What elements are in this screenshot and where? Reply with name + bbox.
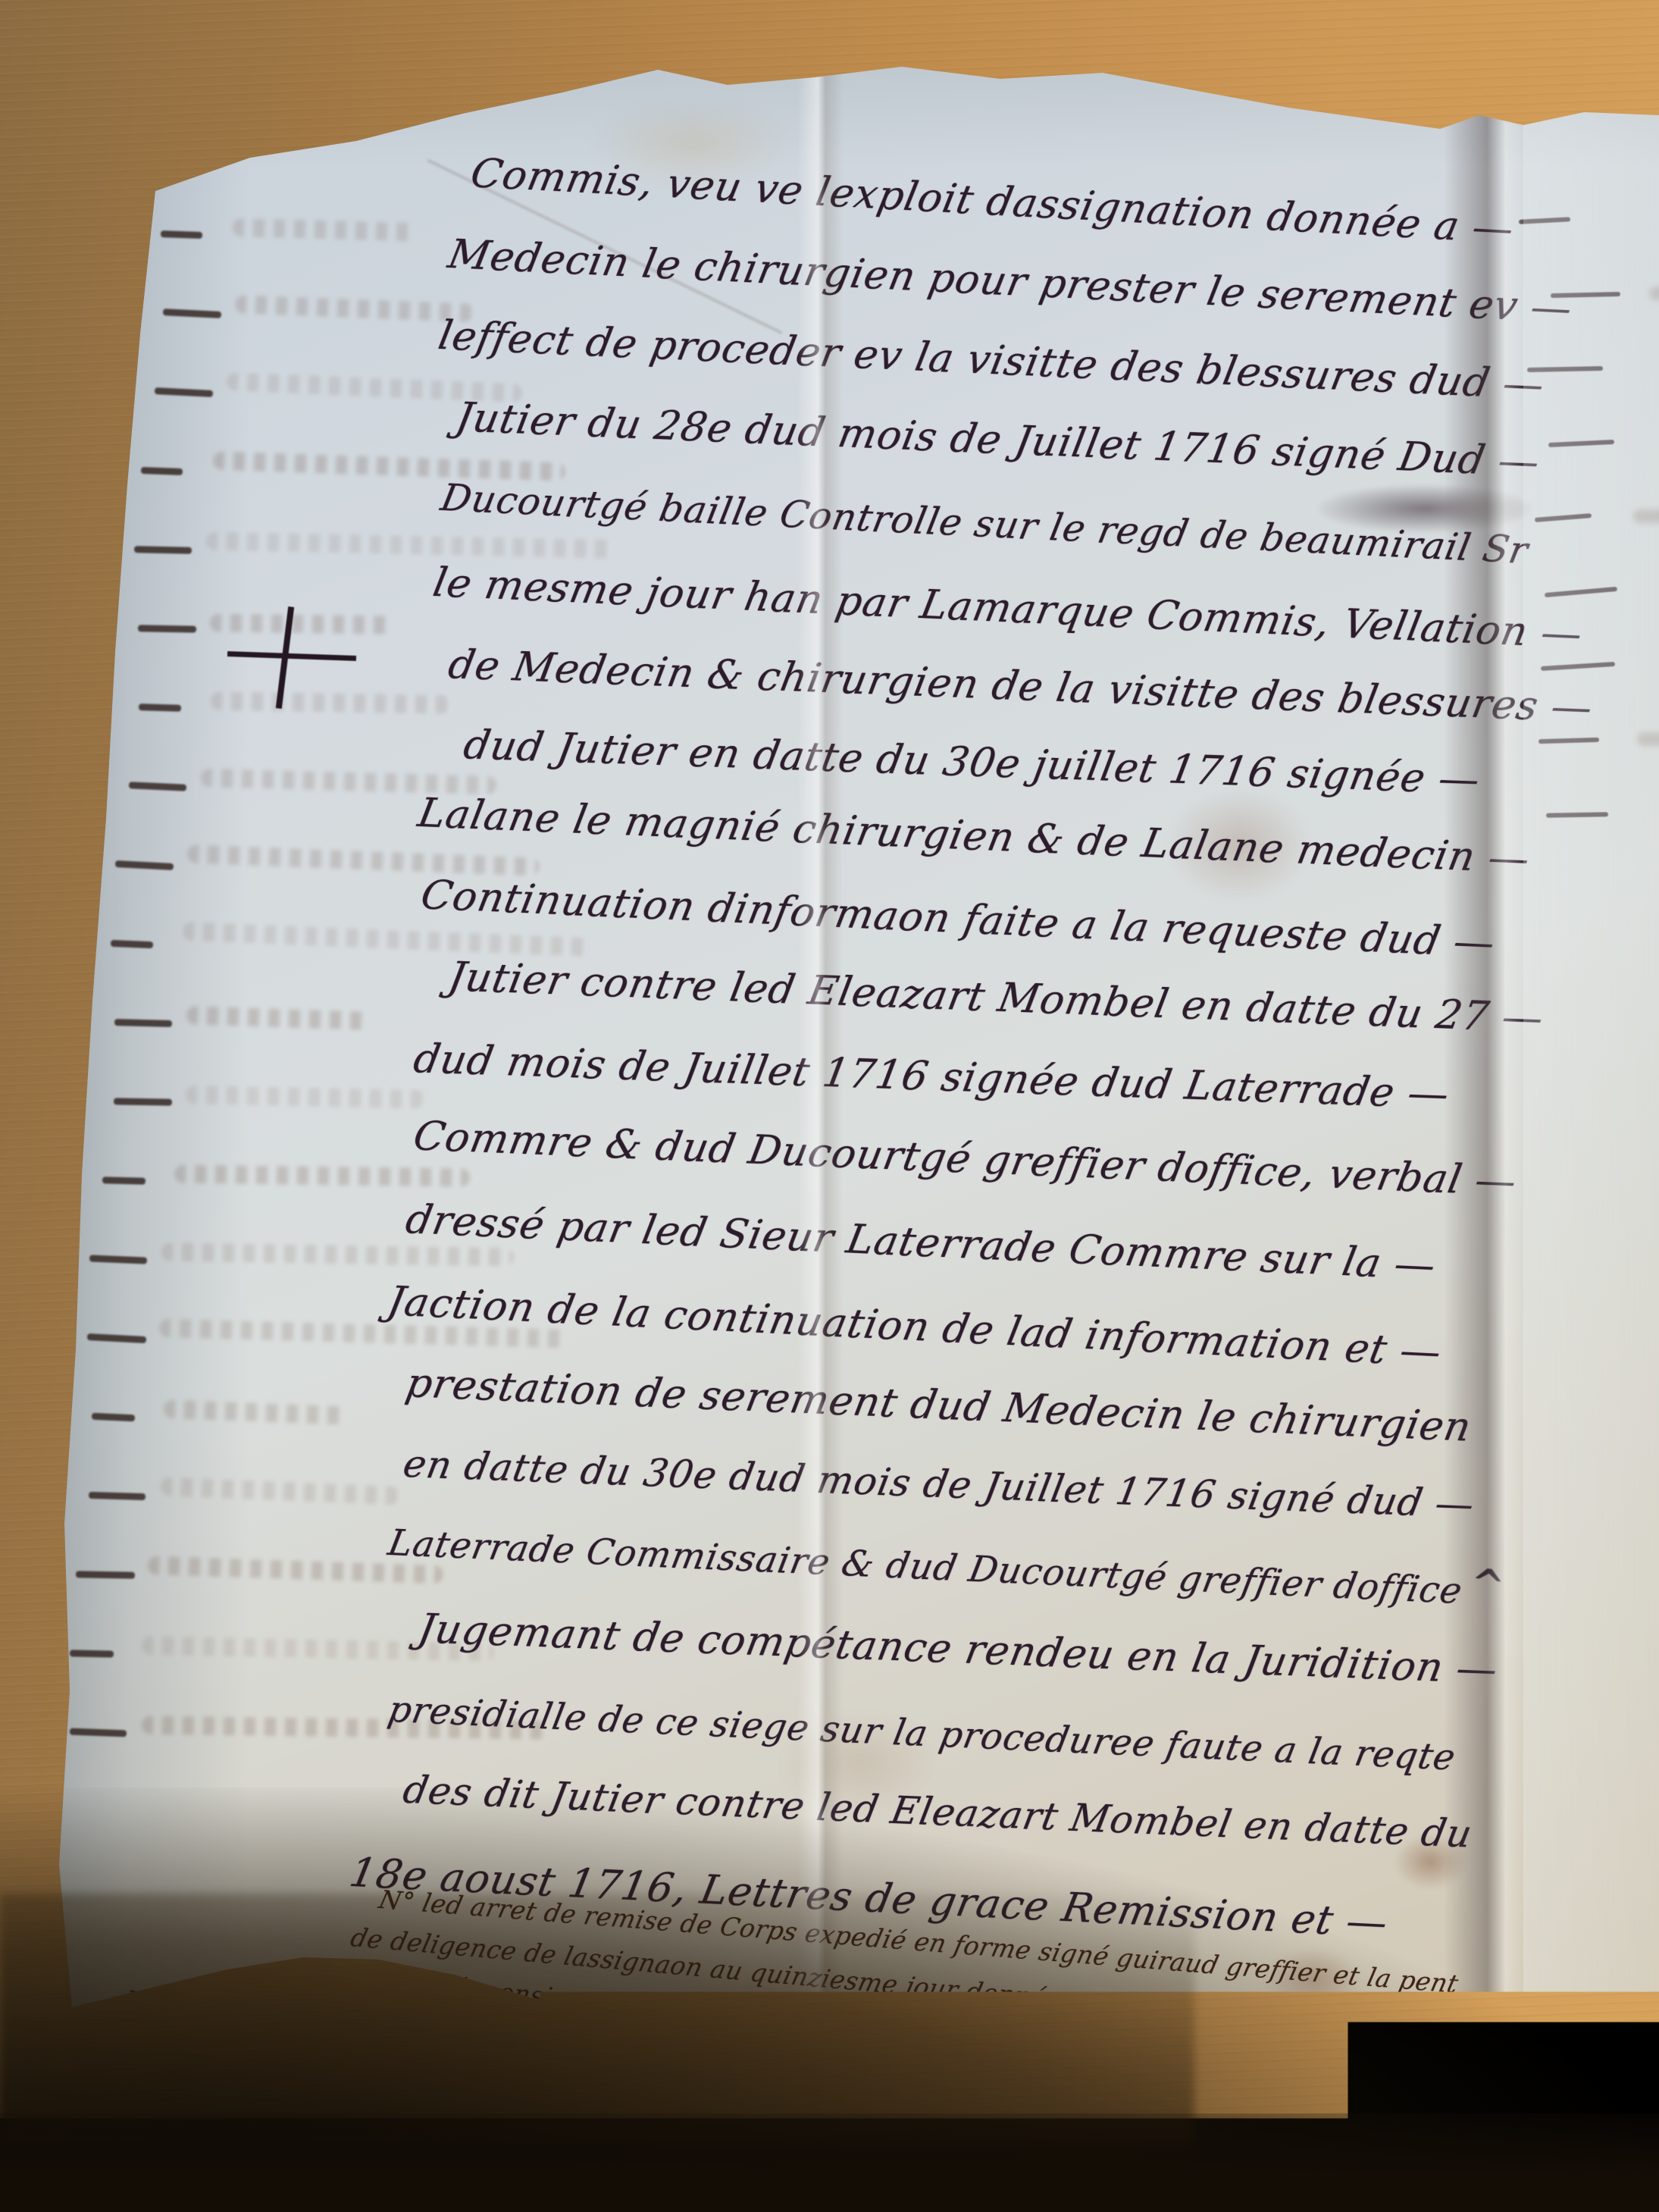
verso-line-end-dash	[139, 703, 181, 712]
table-edge-dark-band	[0, 2113, 1659, 2212]
verso-line-end-dash	[102, 1176, 146, 1184]
verso-bleedthrough-text	[211, 692, 449, 714]
verso-line-end-dash	[70, 1650, 114, 1657]
verso-line-end-dash	[161, 230, 202, 239]
verso-line-end-dash	[138, 625, 196, 632]
verso-line-end-dash	[114, 1019, 172, 1027]
verso-bleedthrough-text	[174, 1165, 470, 1187]
verso-line-end-dash	[76, 1571, 135, 1578]
verso-bleedthrough-text	[209, 613, 391, 634]
verso-line-end-dash	[114, 1098, 173, 1105]
photograph-of-manuscript: Commis, veu ve lexploit dassignation don…	[0, 0, 1659, 2212]
verso-line-end-dash	[134, 546, 193, 554]
